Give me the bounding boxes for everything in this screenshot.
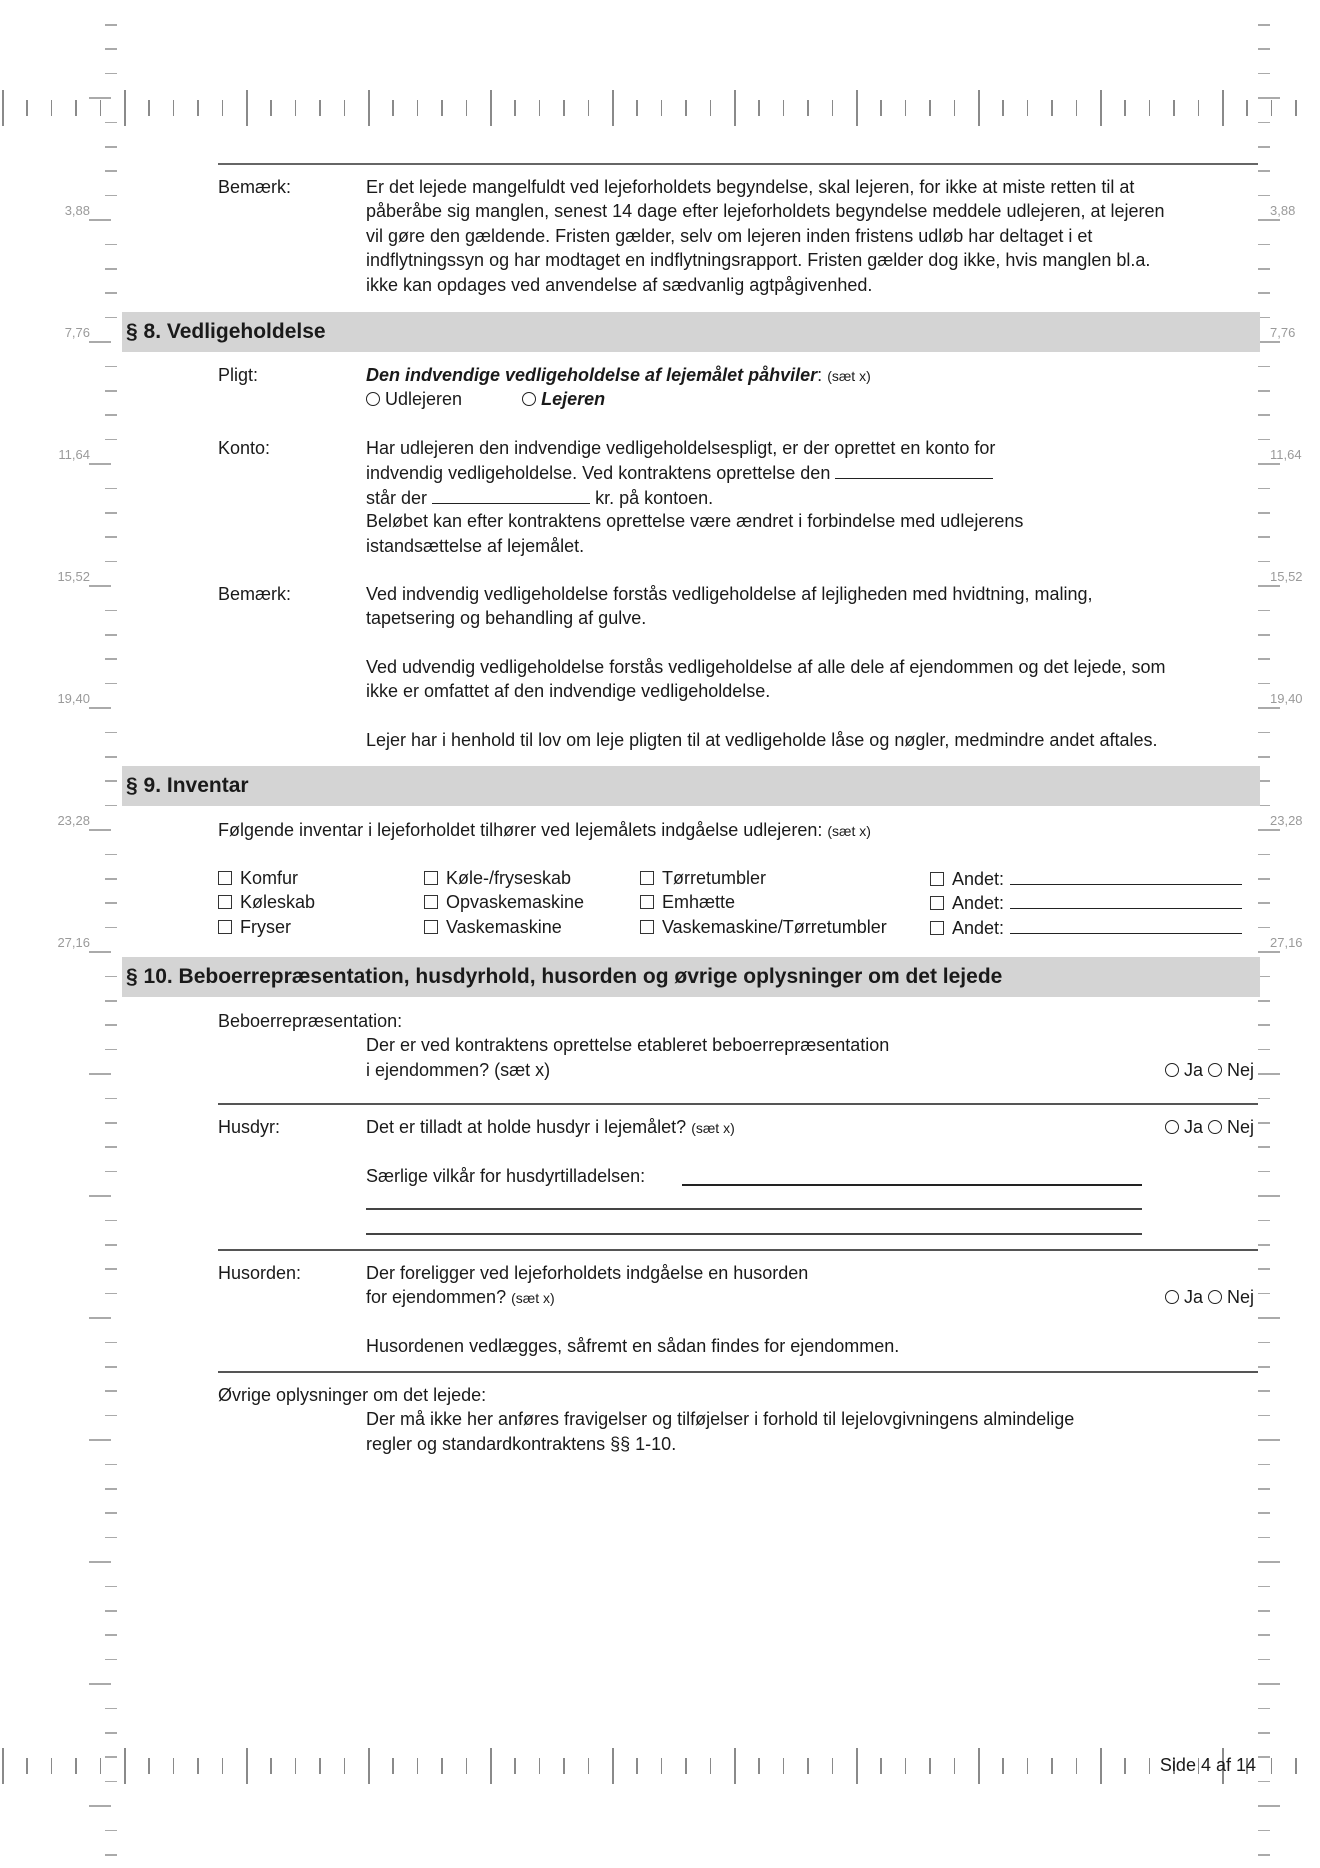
andet-field[interactable]	[1010, 890, 1242, 909]
inventar-checkbox-item[interactable]: Fryser	[218, 915, 291, 939]
radio-lejeren-label: Lejeren	[541, 389, 605, 409]
nej-label: Nej	[1227, 1060, 1254, 1080]
husdyr-label: Husdyr:	[218, 1115, 280, 1139]
radio-lejeren[interactable]: Lejeren	[522, 389, 605, 409]
ruler-label: 7,76	[1270, 325, 1320, 340]
section-9-title: § 9. Inventar	[126, 774, 249, 798]
checkbox-icon[interactable]	[930, 896, 944, 910]
intro-bemaerk-label: Bemærk:	[218, 175, 291, 199]
nej-label: Nej	[1227, 1117, 1254, 1137]
s8-bemaerk-p2-l2: ikke er omfattet af den indvendige vedli…	[366, 679, 770, 703]
inventar-checkbox-item[interactable]: Komfur	[218, 866, 298, 890]
inventar-checkbox-item[interactable]: Vaskemaskine	[424, 915, 562, 939]
checkbox-icon[interactable]	[640, 871, 654, 885]
beboer-line-1: Der er ved kontraktens oprettelse etable…	[366, 1033, 889, 1057]
pligt-text: Den indvendige vedligeholdelse af lejemå…	[366, 365, 817, 385]
andet-field[interactable]	[1010, 915, 1242, 934]
husorden-radio-ja[interactable]: Ja	[1165, 1287, 1203, 1307]
saet-x-hint: (sæt x)	[691, 1120, 735, 1136]
beboer-radio-ja[interactable]: Ja	[1165, 1060, 1203, 1080]
konto-line-3-suffix: kr. på kontoen.	[595, 488, 713, 508]
konto-line-2-text: indvendig vedligeholdelse. Ved kontrakte…	[366, 463, 830, 483]
ruler-label: 15,52	[1270, 569, 1320, 584]
inventar-checkbox-item[interactable]: Køleskab	[218, 890, 315, 914]
oevrige-line-1: Der må ikke her anføres fravigelser og t…	[366, 1407, 1074, 1431]
andet-field[interactable]	[1010, 866, 1242, 885]
konto-line-3-prefix: står der	[366, 488, 427, 508]
husdyr-vilkaar-field[interactable]	[682, 1184, 1142, 1186]
inventar-checkbox-item[interactable]: Tørretumbler	[640, 866, 766, 890]
inventar-checkbox-item[interactable]: Køle-/fryseskab	[424, 866, 571, 890]
inventar-item-label: Opvaskemaskine	[446, 892, 584, 912]
s8-bemaerk-label: Bemærk:	[218, 582, 291, 606]
checkbox-icon[interactable]	[424, 920, 438, 934]
pligt-options: Udlejeren Lejeren	[366, 387, 605, 411]
husdyr-vilkaar-line-2[interactable]	[366, 1208, 1142, 1210]
radio-circle-icon	[1208, 1290, 1222, 1304]
section-10-header: § 10. Beboerrepræsentation, husdyrhold, …	[122, 957, 1260, 997]
radio-udlejeren-label: Udlejeren	[385, 389, 462, 409]
inventar-item-label: Andet:	[952, 869, 1004, 889]
husdyr-question: Det er tilladt at holde husdyr i lejemål…	[366, 1115, 735, 1140]
inventar-item-label: Tørretumbler	[662, 868, 766, 888]
oevrige-label: Øvrige oplysninger om det lejede:	[218, 1383, 486, 1407]
inventar-item-label: Emhætte	[662, 892, 735, 912]
ruler-label: 19,40	[40, 691, 90, 706]
saet-x-hint: (sæt x)	[827, 823, 871, 839]
inventar-item-label: Fryser	[240, 917, 291, 937]
inventar-checkbox-item[interactable]: Opvaskemaskine	[424, 890, 584, 914]
radio-circle-icon	[1165, 1063, 1179, 1077]
ruler-label: 11,64	[40, 447, 90, 462]
ruler-label: 27,16	[1270, 935, 1320, 950]
divider	[218, 1249, 1258, 1251]
ja-label: Ja	[1184, 1060, 1203, 1080]
husorden-line-1: Der foreligger ved lejeforholdets indgåe…	[366, 1261, 808, 1285]
saet-x-hint: (sæt x)	[827, 368, 871, 384]
beboer-line-2: i ejendommen? (sæt x)	[366, 1058, 550, 1082]
husdyr-radio-ja[interactable]: Ja	[1165, 1117, 1203, 1137]
inventar-item-label: Køle-/fryseskab	[446, 868, 571, 888]
intro-line-4: indflytningssyn og har modtaget en indfl…	[366, 248, 1150, 272]
husdyr-question-text: Det er tilladt at holde husdyr i lejemål…	[366, 1117, 686, 1137]
husorden-line-2: for ejendommen? (sæt x)	[366, 1285, 555, 1310]
s8-bemaerk-p3: Lejer har i henhold til lov om leje plig…	[366, 728, 1157, 752]
section-10-title: § 10. Beboerrepræsentation, husdyrhold, …	[126, 965, 1002, 989]
husdyr-vilkaar-line-3[interactable]	[366, 1233, 1142, 1235]
ruler-label: 3,88	[1270, 203, 1320, 218]
bottom-ruler	[0, 1748, 1320, 1808]
beboer-label: Beboerrepræsentation:	[218, 1009, 402, 1033]
husorden-ja-nej: Ja Nej	[1165, 1285, 1254, 1309]
section-8-header: § 8. Vedligeholdelse	[122, 312, 1260, 352]
divider	[218, 1371, 1258, 1373]
inventar-intro-text: Følgende inventar i lejeforholdet tilhør…	[218, 820, 822, 840]
checkbox-icon[interactable]	[930, 921, 944, 935]
section-8-title: § 8. Vedligeholdelse	[126, 320, 326, 344]
checkbox-icon[interactable]	[424, 871, 438, 885]
inventar-intro: Følgende inventar i lejeforholdet tilhør…	[218, 818, 871, 843]
ruler-label: 15,52	[40, 569, 90, 584]
beboer-radio-nej[interactable]: Nej	[1208, 1060, 1254, 1080]
inventar-checkbox-item[interactable]: Andet:	[930, 915, 1242, 940]
ruler-label: 3,88	[40, 203, 90, 218]
inventar-item-label: Vaskemaskine	[446, 917, 562, 937]
page-number: Side 4 af 14	[1160, 1753, 1256, 1777]
oevrige-line-2: regler og standardkontraktens §§ 1-10.	[366, 1432, 676, 1456]
checkbox-icon[interactable]	[640, 895, 654, 909]
intro-line-2: påberåbe sig manglen, senest 14 dage eft…	[366, 199, 1165, 223]
husdyr-ja-nej: Ja Nej	[1165, 1115, 1254, 1139]
inventar-checkbox-item[interactable]: Vaskemaskine/Tørretumbler	[640, 915, 887, 939]
checkbox-icon[interactable]	[218, 895, 232, 909]
husorden-note: Husordenen vedlægges, såfremt en sådan f…	[366, 1334, 899, 1358]
top-divider	[218, 163, 1258, 165]
ruler-label: 23,28	[1270, 813, 1320, 828]
konto-amount-field[interactable]	[432, 485, 590, 504]
inventar-item-label: Køleskab	[240, 892, 315, 912]
inventar-item-label: Vaskemaskine/Tørretumbler	[662, 917, 887, 937]
pligt-colon: :	[817, 365, 822, 385]
intro-line-3: vil gøre den gældende. Fristen gælder, s…	[366, 224, 1092, 248]
checkbox-icon[interactable]	[218, 871, 232, 885]
beboer-ja-nej: Ja Nej	[1165, 1058, 1254, 1082]
intro-line-1: Er det lejede mangelfuldt ved lejeforhol…	[366, 175, 1134, 199]
ruler-label: 27,16	[40, 935, 90, 950]
divider	[218, 1103, 1258, 1105]
s8-bemaerk-p1-l1: Ved indvendig vedligeholdelse forstås ve…	[366, 582, 1093, 606]
right-ruler: 3,887,7611,6415,5219,4023,2827,16	[1258, 0, 1318, 1868]
husorden-radio-nej[interactable]: Nej	[1208, 1287, 1254, 1307]
husorden-label: Husorden:	[218, 1261, 301, 1285]
konto-label: Konto:	[218, 436, 270, 460]
left-ruler: 3,887,7611,6415,5219,4023,2827,16	[60, 0, 120, 1868]
ruler-label: 11,64	[1270, 447, 1320, 462]
section-9-header: § 9. Inventar	[122, 766, 1260, 806]
inventar-item-label: Komfur	[240, 868, 298, 888]
konto-line-2: indvendig vedligeholdelse. Ved kontrakte…	[366, 460, 993, 485]
inventar-checkbox-item[interactable]: Andet:	[930, 866, 1242, 891]
ruler-label: 19,40	[1270, 691, 1320, 706]
radio-circle-icon	[1165, 1290, 1179, 1304]
s8-bemaerk-p2-l1: Ved udvendig vedligeholdelse forstås ved…	[366, 655, 1166, 679]
inventar-item-label: Andet:	[952, 918, 1004, 938]
radio-udlejeren[interactable]: Udlejeren	[366, 389, 462, 409]
radio-circle-icon	[366, 392, 380, 406]
radio-circle-icon	[1208, 1063, 1222, 1077]
top-ruler	[0, 90, 1320, 150]
checkbox-icon[interactable]	[640, 920, 654, 934]
radio-circle-icon	[522, 392, 536, 406]
checkbox-icon[interactable]	[930, 872, 944, 886]
inventar-item-label: Andet:	[952, 893, 1004, 913]
checkbox-icon[interactable]	[424, 895, 438, 909]
konto-line-5: istandsættelse af lejemålet.	[366, 534, 584, 558]
inventar-checkbox-item[interactable]: Emhætte	[640, 890, 735, 914]
intro-line-5: ikke kan opdages ved anvendelse af sædva…	[366, 273, 872, 297]
konto-date-field[interactable]	[835, 460, 993, 479]
konto-line-1: Har udlejeren den indvendige vedligehold…	[366, 436, 995, 460]
konto-line-4: Beløbet kan efter kontraktens oprettelse…	[366, 509, 1023, 533]
ja-label: Ja	[1184, 1287, 1203, 1307]
nej-label: Nej	[1227, 1287, 1254, 1307]
konto-line-3: står der kr. på kontoen.	[366, 485, 713, 510]
s8-bemaerk-p1-l2: tapetsering og behandling af gulve.	[366, 606, 646, 630]
saet-x-hint: (sæt x)	[511, 1290, 555, 1306]
ruler-label: 7,76	[40, 325, 90, 340]
radio-circle-icon	[1208, 1120, 1222, 1134]
checkbox-icon[interactable]	[218, 920, 232, 934]
husorden-line-2-text: for ejendommen?	[366, 1287, 506, 1307]
pligt-label: Pligt:	[218, 363, 258, 387]
ruler-label: 23,28	[40, 813, 90, 828]
ja-label: Ja	[1184, 1117, 1203, 1137]
inventar-checkbox-item[interactable]: Andet:	[930, 890, 1242, 915]
radio-circle-icon	[1165, 1120, 1179, 1134]
pligt-question: Den indvendige vedligeholdelse af lejemå…	[366, 363, 871, 388]
husdyr-radio-nej[interactable]: Nej	[1208, 1117, 1254, 1137]
husdyr-vilkaar-label: Særlige vilkår for husdyrtilladelsen:	[366, 1164, 645, 1188]
